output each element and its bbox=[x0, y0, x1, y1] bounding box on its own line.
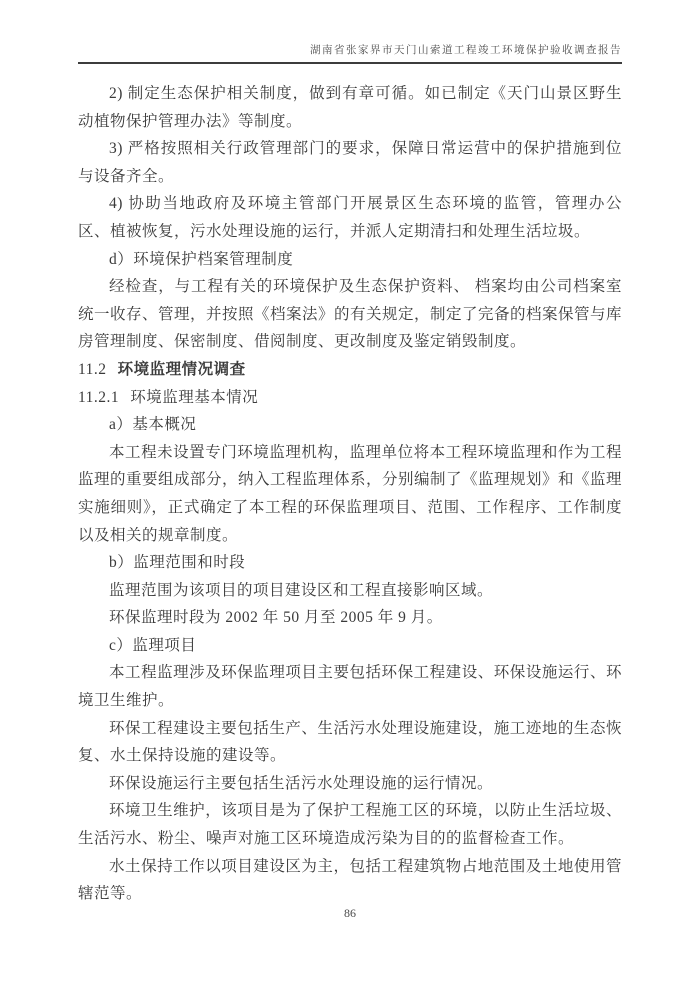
paragraph: 水土保持工作以项目建设区为主，包括工程建筑物占地范围及土地使用管辖范等。 bbox=[78, 853, 622, 908]
page-header: 湖南省张家界市天门山索道工程竣工环境保护验收调查报告 bbox=[78, 0, 622, 64]
paragraph: d）环境保护档案管理制度 bbox=[78, 246, 622, 274]
page-number: 86 bbox=[344, 906, 356, 920]
header-title: 湖南省张家界市天门山索道工程竣工环境保护验收调查报告 bbox=[78, 42, 622, 62]
paragraph: 环保工程建设主要包括生产、生活污水处理设施建设，施工迹地的生态恢复、水土保持设施… bbox=[78, 715, 622, 770]
paragraph: 经检查，与工程有关的环境保护及生态保护资料、 档案均由公司档案室统一收存、管理，… bbox=[78, 273, 622, 356]
paragraph: 环保监理时段为 2002 年 50 月至 2005 年 9 月。 bbox=[78, 604, 622, 632]
heading-text: 环境监理基本情况 bbox=[130, 389, 258, 406]
paragraph: 3) 严格按照相关行政管理部门的要求，保障日常运营中的保护措施到位与设备齐全。 bbox=[78, 135, 622, 190]
heading-number: 11.2.1 bbox=[78, 389, 119, 406]
heading-number: 11.2 bbox=[78, 361, 107, 378]
paragraph: a）基本概况 bbox=[78, 411, 622, 439]
paragraph: c）监理项目 bbox=[78, 632, 622, 660]
paragraph: 2) 制定生态保护相关制度，做到有章可循。如已制定《天门山景区野生动植物保护管理… bbox=[78, 80, 622, 135]
paragraph: b）监理范围和时段 bbox=[78, 549, 622, 577]
paragraph: 本工程未设置专门环境监理机构，监理单位将本工程环境监理和作为工程监理的重要组成部… bbox=[78, 439, 622, 549]
paragraph: 环境卫生维护，该项目是为了保护工程施工区的环境，以防止生活垃圾、生活污水、粉尘、… bbox=[78, 797, 622, 852]
paragraph: 监理范围为该项目的项目建设区和工程直接影响区域。 bbox=[78, 577, 622, 605]
section-heading: 11.2环境监理情况调查 bbox=[78, 356, 622, 384]
heading-text: 环境监理情况调查 bbox=[118, 361, 246, 378]
document-page: 湖南省张家界市天门山索道工程竣工环境保护验收调查报告 2) 制定生态保护相关制度… bbox=[0, 0, 700, 990]
paragraph: 本工程监理涉及环保监理项目主要包括环保工程建设、环保设施运行、环境卫生维护。 bbox=[78, 659, 622, 714]
header-rule bbox=[78, 62, 622, 64]
subsection-heading: 11.2.1环境监理基本情况 bbox=[78, 384, 622, 412]
page-footer: 86 bbox=[0, 906, 700, 921]
paragraph: 4) 协助当地政府及环境主管部门开展景区生态环境的监管，管理办公区、植被恢复，污… bbox=[78, 190, 622, 245]
document-body: 2) 制定生态保护相关制度，做到有章可循。如已制定《天门山景区野生动植物保护管理… bbox=[78, 80, 622, 908]
paragraph: 环保设施运行主要包括生活污水处理设施的运行情况。 bbox=[78, 770, 622, 798]
